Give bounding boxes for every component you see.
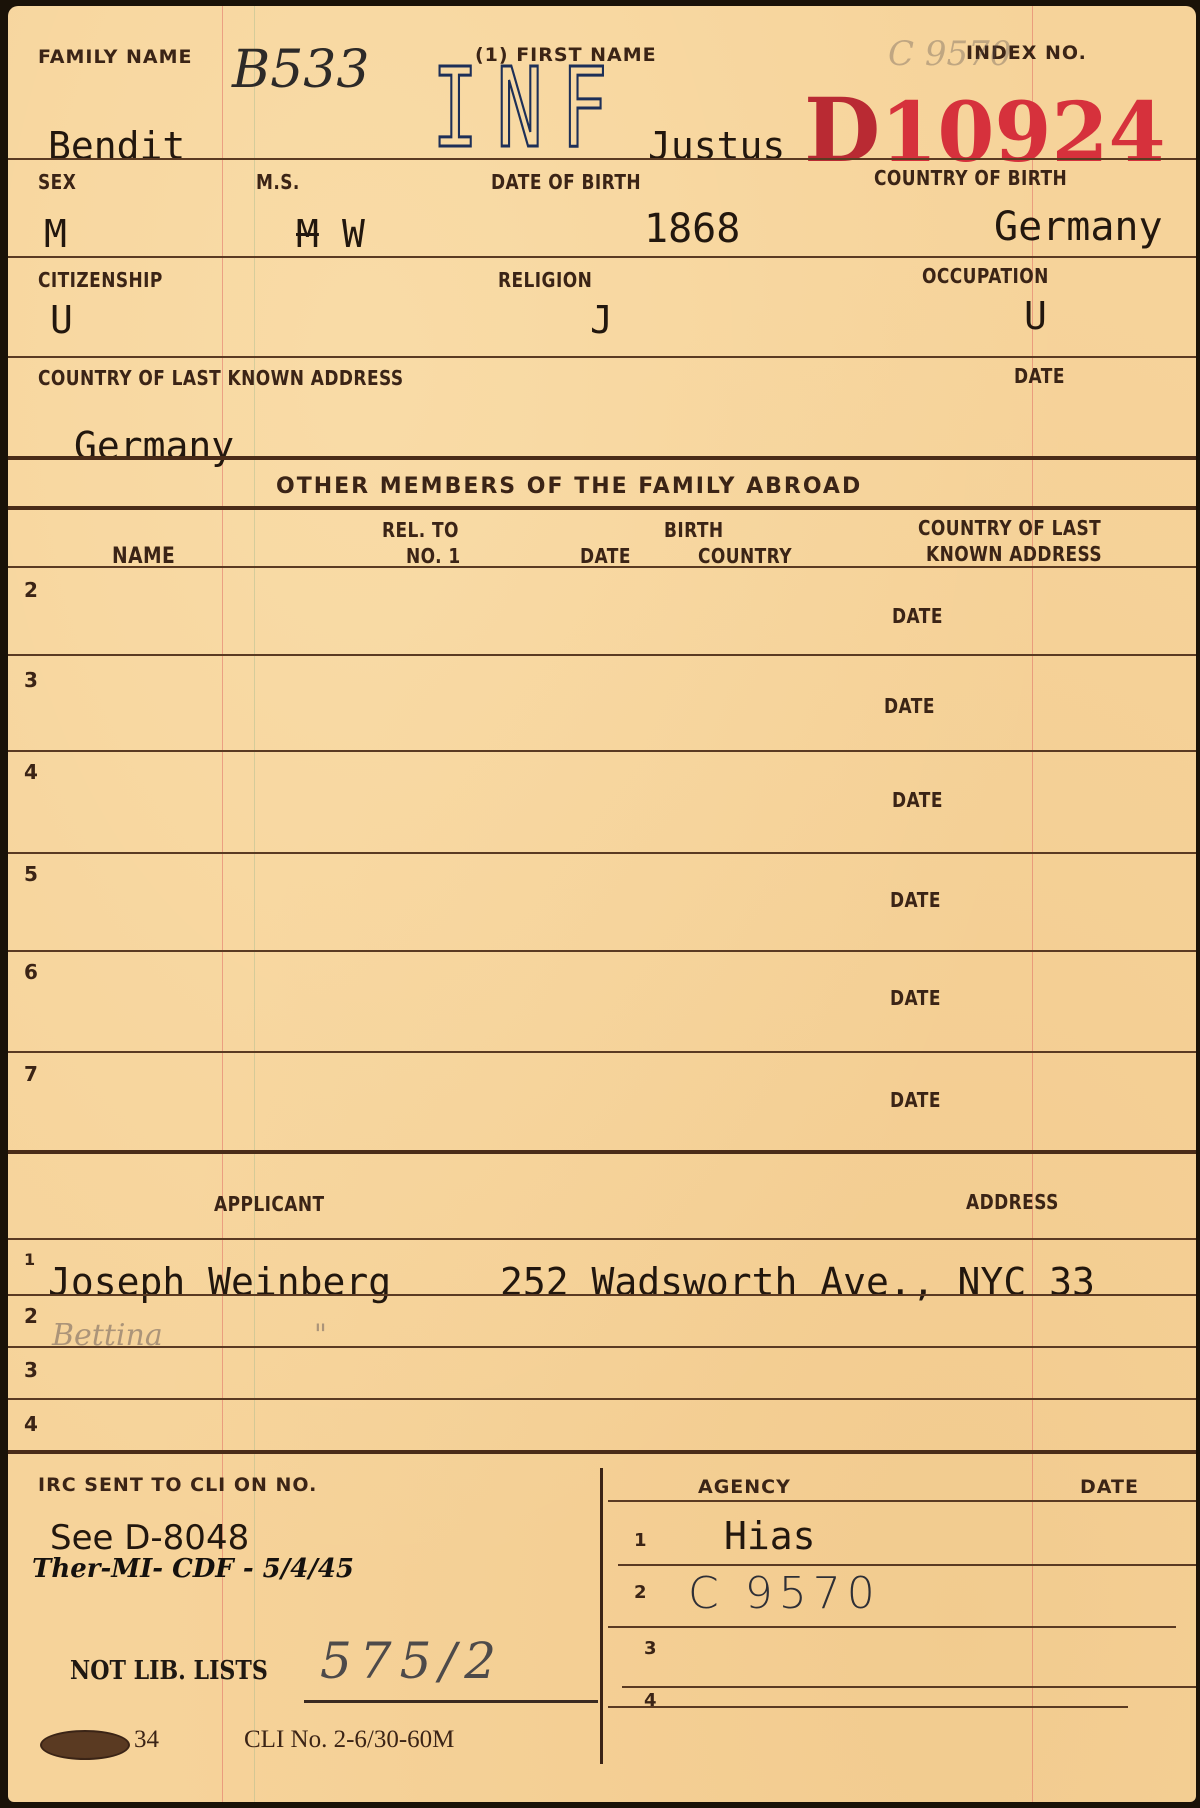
agency-pencil-number: C 9570 [688, 1568, 881, 1619]
religion-value: J [590, 298, 613, 342]
agency-row-number: 3 [644, 1638, 657, 1659]
soundex-code: B533 [232, 40, 369, 100]
ms-value: W [342, 212, 365, 256]
divider [8, 750, 1196, 752]
agency-row-number: 2 [634, 1582, 647, 1603]
divider [8, 356, 1196, 358]
dob-value: 1868 [644, 206, 740, 252]
index-prefix: D [804, 78, 880, 182]
family-row-date-label: DATE [890, 986, 941, 1010]
index-card: FAMILY NAME (1) FIRST NAME INDEX NO. B53… [8, 6, 1196, 1802]
family-row-number: 2 [24, 578, 38, 602]
divider [8, 1346, 1196, 1348]
family-row-number: 7 [24, 1062, 38, 1086]
family-row-number: 6 [24, 960, 38, 984]
divider [8, 654, 1196, 656]
family-row-date-label: DATE [890, 1088, 941, 1112]
address-label: ADDRESS [966, 1190, 1059, 1214]
dob-label: DATE OF BIRTH [491, 170, 641, 194]
applicant-name: Joseph Weinberg [48, 1260, 391, 1304]
family-name-value: Bendit [48, 124, 185, 168]
family-row-number: 5 [24, 862, 38, 886]
agency-column-divider [600, 1468, 603, 1764]
family-row-date-label: DATE [884, 694, 935, 718]
not-lib-underline [304, 1700, 598, 1703]
irc-handwritten-note: Ther-MI- CDF - 5/4/45 [32, 1554, 354, 1584]
last-address-label: COUNTRY OF LAST KNOWN ADDRESS [38, 366, 404, 390]
divider [8, 506, 1196, 510]
occupation-label: OCCUPATION [922, 264, 1049, 288]
printer-union-logo-icon [40, 1730, 130, 1760]
last-address-date-label: DATE [1014, 364, 1065, 388]
irc-label: IRC SENT TO CLI ON NO. [38, 1474, 317, 1496]
divider [608, 1500, 1196, 1502]
form-number: CLI No. 2-6/30-60M [244, 1726, 454, 1754]
col-birth-date: DATE [580, 544, 631, 568]
family-row-date-label: DATE [890, 888, 941, 912]
first-name-value: Justus [648, 124, 785, 168]
divider [608, 1626, 1176, 1628]
religion-label: RELIGION [498, 268, 592, 292]
family-row-number: 3 [24, 668, 38, 692]
col-last-address-line2: KNOWN ADDRESS [926, 542, 1102, 566]
citizenship-value: U [50, 298, 73, 342]
divider [8, 1294, 1196, 1296]
faint-pencil-note: C 9570 [888, 34, 1011, 74]
agency-label: AGENCY [698, 1476, 791, 1498]
agency-name: Hias [724, 1514, 816, 1558]
family-row-date-label: DATE [892, 604, 943, 628]
family-abroad-title: OTHER MEMBERS OF THE FAMILY ABROAD [276, 474, 862, 499]
agency-date-label: DATE [1080, 1476, 1139, 1498]
not-lib-lists-value: 575/2 [320, 1632, 504, 1690]
margin-rule [254, 6, 255, 1802]
divider [8, 1238, 1196, 1240]
family-name-label: FAMILY NAME [38, 46, 193, 68]
ms-label: M.S. [256, 170, 300, 194]
divider [8, 158, 1196, 160]
applicant-address: 252 Wadsworth Ave., NYC 33 [500, 1260, 1095, 1304]
col-rel-line1: REL. TO [382, 518, 459, 542]
family-row-number: 4 [24, 760, 38, 784]
applicant-row-number: 3 [24, 1358, 38, 1382]
occupation-value: U [1024, 294, 1047, 338]
last-address-value: Germany [74, 424, 234, 468]
divider [8, 1450, 1196, 1454]
cob-label: COUNTRY OF BIRTH [874, 166, 1067, 190]
applicant-label: APPLICANT [214, 1192, 325, 1216]
applicant-row-number: 4 [24, 1412, 38, 1436]
divider [622, 1686, 1196, 1688]
sex-value: M [44, 212, 67, 256]
divider [618, 1564, 1196, 1566]
col-birth-country: COUNTRY [698, 544, 792, 568]
agency-row-number: 1 [634, 1530, 647, 1551]
not-lib-lists-label: NOT LIB. LISTS [70, 1656, 268, 1686]
divider [8, 1051, 1196, 1053]
sex-label: SEX [38, 170, 76, 194]
citizenship-label: CITIZENSHIP [38, 268, 163, 292]
divider [8, 1398, 1196, 1400]
divider [608, 1706, 1128, 1708]
printer-number: 34 [134, 1726, 159, 1754]
ms-struck-value: M [296, 212, 319, 256]
col-birth: BIRTH [664, 518, 724, 542]
irc-value: See D-8048 [50, 1518, 249, 1558]
applicant-row-number: 1 [24, 1250, 35, 1269]
applicant-row-number: 2 [24, 1304, 38, 1328]
col-rel-line2: NO. 1 [406, 544, 461, 568]
family-row-date-label: DATE [892, 788, 943, 812]
divider [8, 950, 1196, 952]
divider [8, 256, 1196, 258]
divider [8, 852, 1196, 854]
divider [8, 566, 1196, 568]
inf-stamp: INF [432, 44, 626, 172]
cob-value: Germany [994, 204, 1163, 250]
divider [8, 456, 1196, 460]
col-last-address-line1: COUNTRY OF LAST [918, 516, 1101, 540]
divider [8, 1150, 1196, 1154]
